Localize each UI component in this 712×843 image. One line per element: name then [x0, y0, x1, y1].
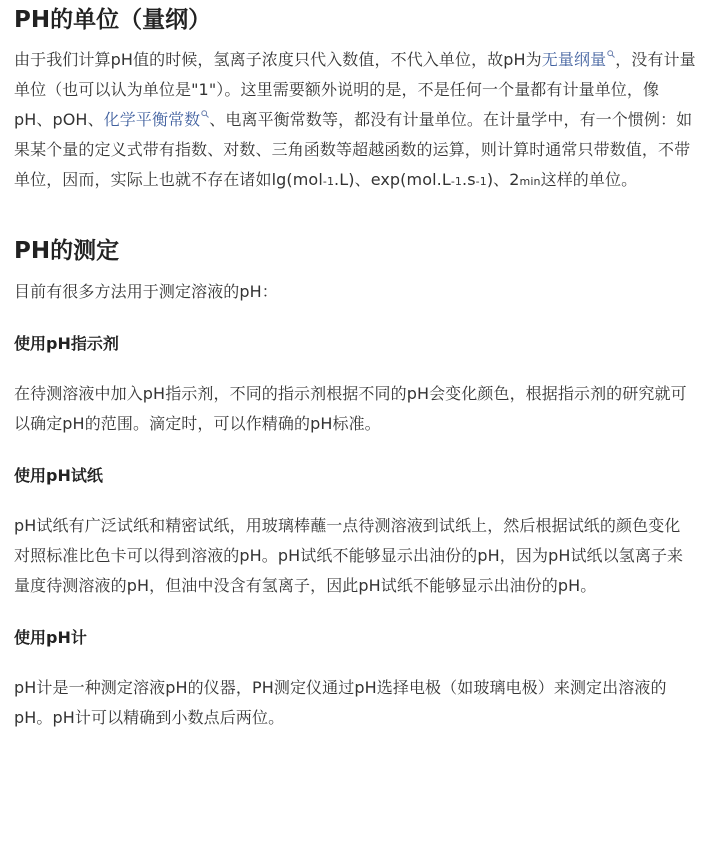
section-title-ph-unit: PH的单位（量纲） [14, 0, 696, 36]
subscript: -1 [476, 175, 487, 188]
method-heading-indicator: 使用pH指示剂 [14, 329, 696, 359]
text-segment: .L)、exp(mol.L [334, 170, 451, 189]
measurement-intro: 目前有很多方法用于测定溶液的pH： [14, 277, 696, 307]
text-segment: .s [462, 170, 476, 189]
subscript: -1 [323, 175, 334, 188]
search-icon[interactable] [607, 50, 615, 58]
method-heading-ph-meter: 使用pH计 [14, 623, 696, 653]
text-segment: )、2 [487, 170, 520, 189]
link-chemical-equilibrium-constant[interactable]: 化学平衡常数 [104, 110, 201, 129]
method-heading-test-paper: 使用pH试纸 [14, 461, 696, 491]
article-body: PH的单位（量纲） 由于我们计算pH值的时候，氢离子浓度只代入数值，不代入单位，… [0, 0, 712, 733]
ph-unit-paragraph: 由于我们计算pH值的时候，氢离子浓度只代入数值，不代入单位，故pH为无量纲量，没… [14, 45, 696, 197]
section-title-ph-measurement: PH的测定 [14, 235, 696, 267]
subscript: min [520, 175, 541, 188]
search-icon[interactable] [201, 110, 209, 118]
subscript: -1 [451, 175, 462, 188]
text-segment: 这样的单位。 [541, 170, 638, 189]
method-text-ph-meter: pH计是一种测定溶液pH的仪器，PH测定仪通过pH选择电极（如玻璃电极）来测定出… [14, 673, 696, 733]
method-text-indicator: 在待测溶液中加入pH指示剂，不同的指示剂根据不同的pH会变化颜色，根据指示剂的研… [14, 379, 696, 439]
method-text-test-paper: pH试纸有广泛试纸和精密试纸，用玻璃棒蘸一点待测溶液到试纸上，然后根据试纸的颜色… [14, 511, 696, 601]
text-segment: 由于我们计算pH值的时候，氢离子浓度只代入数值，不代入单位，故pH为 [14, 50, 542, 69]
link-dimensionless[interactable]: 无量纲量 [542, 50, 606, 69]
